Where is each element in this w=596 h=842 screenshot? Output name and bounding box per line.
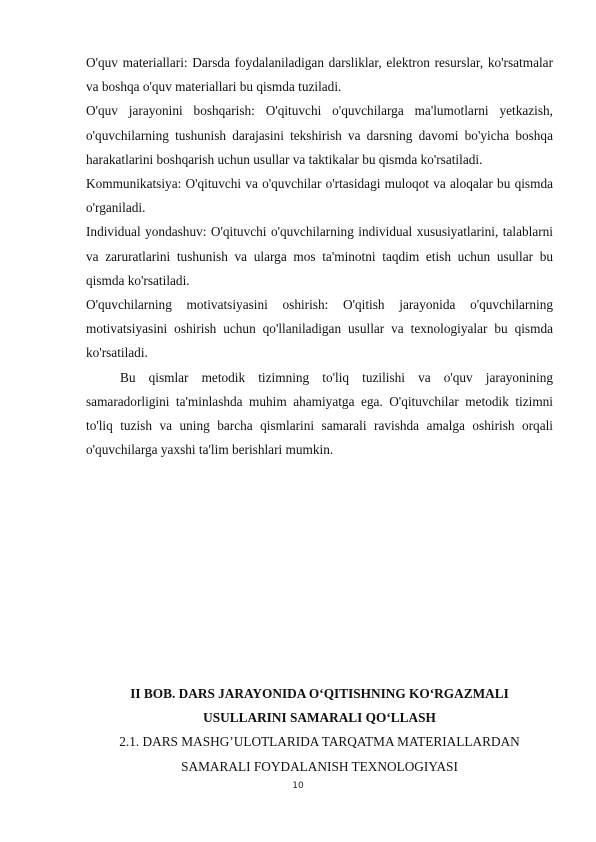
- document-page: O'quv materiallari: Darsda foydalaniladi…: [0, 0, 596, 842]
- body-text: O'quv materiallari: Darsda foydalaniladi…: [86, 51, 553, 462]
- chapter-heading-line-1: II BOB. DARS JARAYONIDA O‘QITISHNING KO‘…: [86, 682, 553, 706]
- chapter-headings: II BOB. DARS JARAYONIDA O‘QITISHNING KO‘…: [86, 682, 553, 779]
- paragraph-individual-yondashuv: Individual yondashuv: O'qituvchi o'quvch…: [86, 220, 553, 293]
- page-number: 10: [0, 781, 596, 791]
- paragraph-oquv-jarayonini-boshqarish: O'quv jarayonini boshqarish: O'qituvchi …: [86, 99, 553, 172]
- paragraph-conclusion: Bu qismlar metodik tizimning to'liq tuzi…: [86, 366, 553, 463]
- section-heading-line-1: 2.1. DARS MASHG’ULOTLARIDA TARQATMA MATE…: [86, 730, 553, 754]
- paragraph-motivatsiya: O'quvchilarning motivatsiyasini oshirish…: [86, 293, 553, 366]
- paragraph-kommunikatsiya: Kommunikatsiya: O'qituvchi va o'quvchila…: [86, 172, 553, 220]
- paragraph-oquv-materiallari: O'quv materiallari: Darsda foydalaniladi…: [86, 51, 553, 99]
- section-heading-line-2: SAMARALI FOYDALANISH TEXNOLOGIYASI: [86, 755, 553, 779]
- chapter-heading-line-2: USULLARINI SAMARALI QO‘LLASH: [86, 706, 553, 730]
